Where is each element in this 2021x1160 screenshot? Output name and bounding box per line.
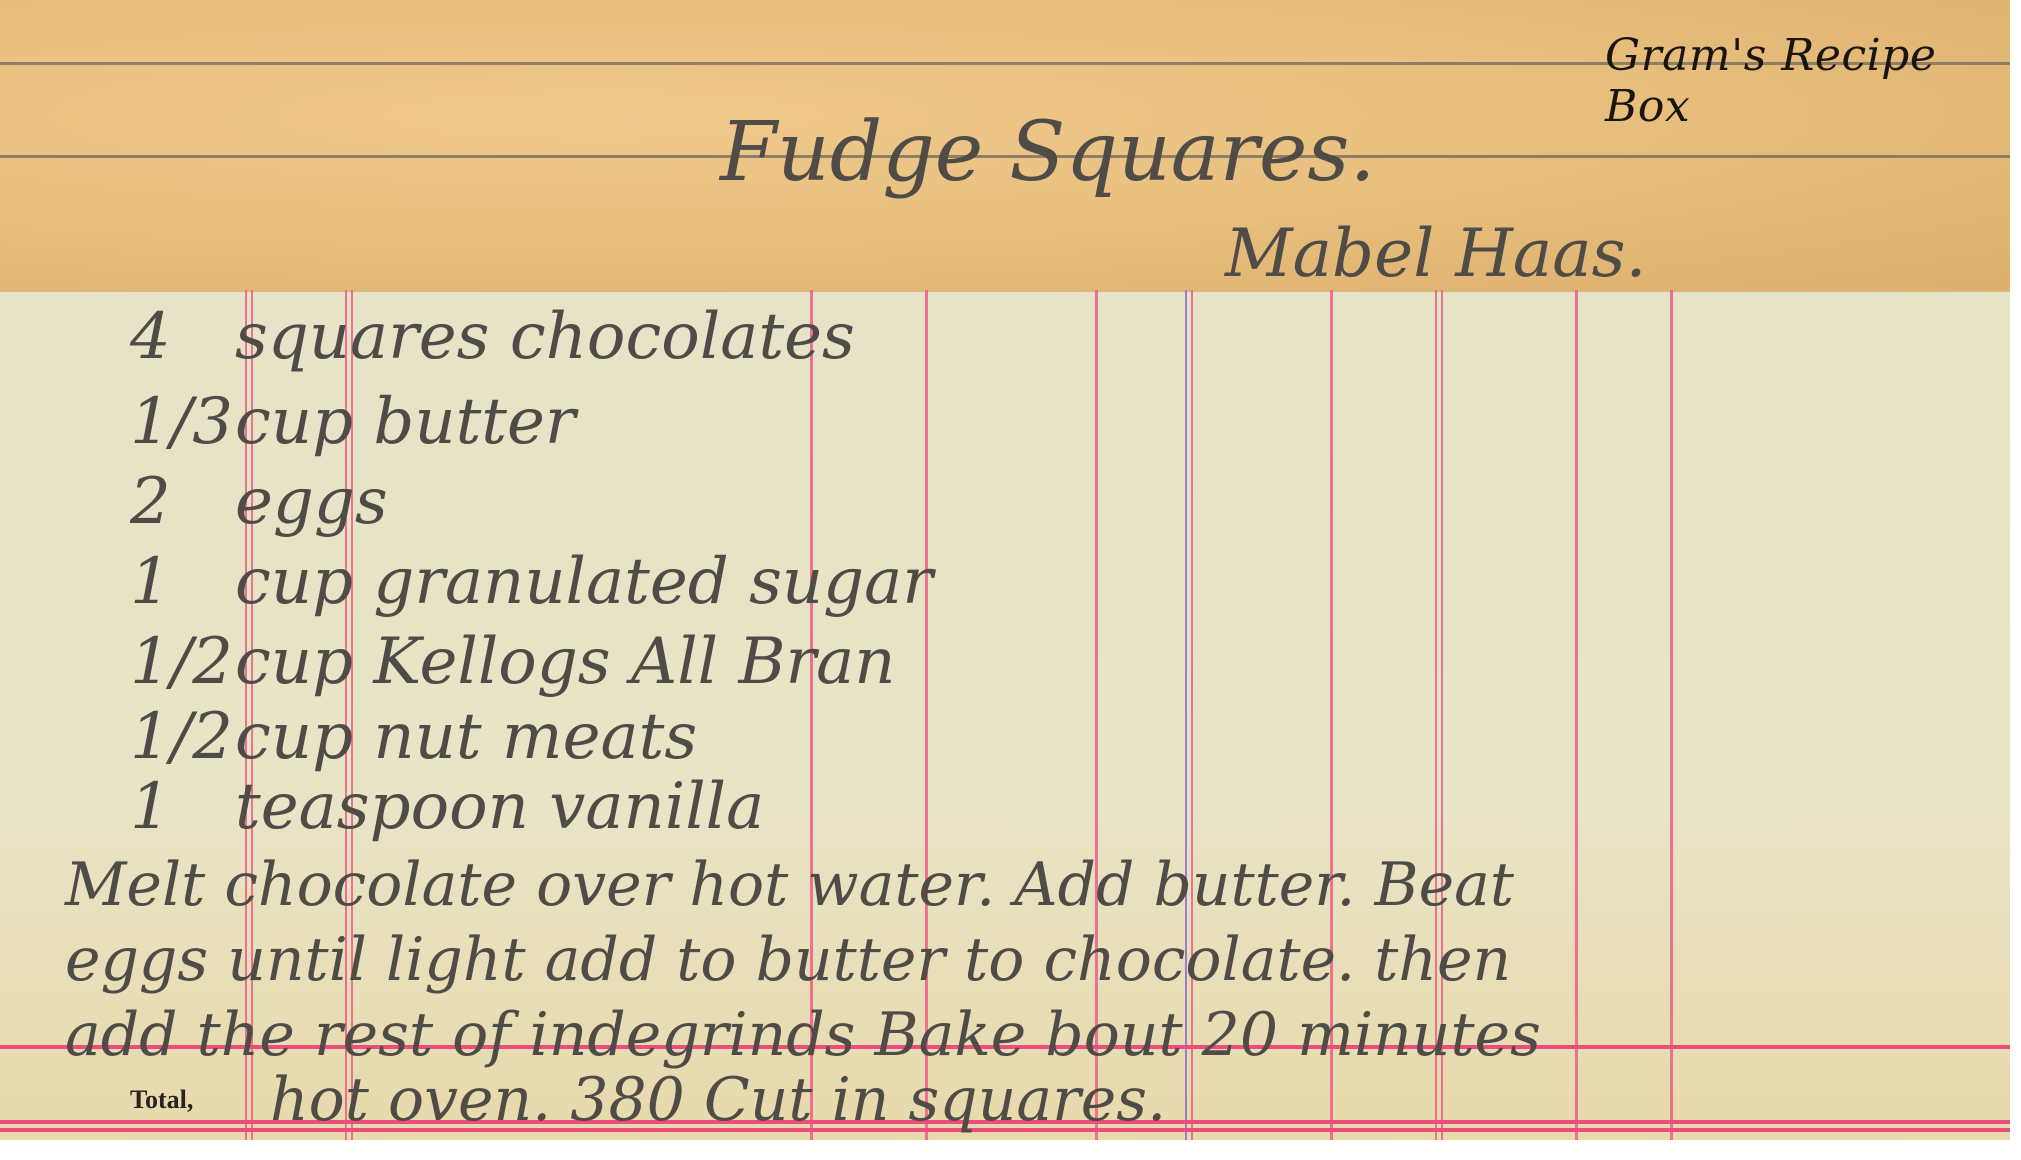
- ingredient-qty: 1/2: [130, 700, 235, 774]
- direction-line: add the rest of indegrinds Bake bout 20 …: [65, 1000, 1541, 1070]
- ingredient-row: 1/3cup butter: [130, 385, 575, 459]
- torn-edge: [0, 1140, 2021, 1160]
- ingredient-row: 1teaspoon vanilla: [130, 770, 764, 844]
- ingredient-row: 1cup granulated sugar: [130, 545, 933, 619]
- ingredient-item: cup nut meats: [235, 700, 697, 774]
- ingredient-item: eggs: [235, 465, 388, 539]
- ingredient-item: cup granulated sugar: [235, 545, 933, 619]
- ingredient-item: teaspoon vanilla: [235, 770, 764, 844]
- direction-line: hot oven. 380 Cut in squares.: [270, 1065, 1166, 1135]
- printed-total-label: Total,: [130, 1085, 193, 1115]
- ingredient-row: 1/2cup Kellogs All Bran: [130, 625, 895, 699]
- ingredient-row: 4squares chocolates: [130, 300, 855, 374]
- recipe-title: Fudge Squares.: [720, 105, 1376, 200]
- brand-watermark: Gram's Recipe Box: [1605, 30, 2010, 132]
- ingredient-qty: 2: [130, 465, 235, 539]
- direction-line: Melt chocolate over hot water. Add butte…: [65, 850, 1514, 920]
- column-rule: [1670, 290, 1673, 1150]
- ingredient-item: cup butter: [235, 385, 575, 459]
- ingredient-qty: 4: [130, 300, 235, 374]
- recipe-author: Mabel Haas.: [1225, 215, 1646, 292]
- direction-line: eggs until light add to butter to chocol…: [65, 925, 1511, 995]
- ingredient-item: squares chocolates: [235, 300, 855, 374]
- ingredient-item: cup Kellogs All Bran: [235, 625, 895, 699]
- ingredient-row: 1/2cup nut meats: [130, 700, 697, 774]
- ingredient-qty: 1/3: [130, 385, 235, 459]
- ingredient-row: 2eggs: [130, 465, 388, 539]
- ingredient-qty: 1: [130, 545, 235, 619]
- recipe-card: Gram's Recipe Box Fudge Squares. Mabel H…: [0, 0, 2010, 1150]
- ingredient-qty: 1/2: [130, 625, 235, 699]
- ingredient-qty: 1: [130, 770, 235, 844]
- column-rule: [1575, 290, 1578, 1150]
